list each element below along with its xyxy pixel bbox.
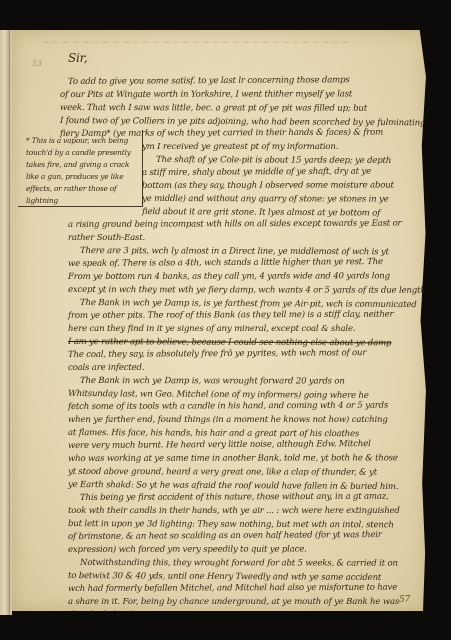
- margin-note-line: touch'd by a candle presently: [26, 148, 131, 157]
- manuscript-line: rather South-East.: [68, 234, 145, 243]
- manuscript-line: to betwixt 30 & 40 yds, until one Henry …: [68, 572, 381, 583]
- manuscript-line: Whitsunday last, wn Geo. Mitchel (one of…: [68, 390, 369, 400]
- manuscript-line: ye middle) and without any quarry of sto…: [142, 195, 389, 204]
- manuscript-line: yt stood above ground, heard a very grea…: [68, 468, 377, 477]
- manuscript-line: To add to give you some satisf. to ye la…: [68, 76, 350, 86]
- manuscript-line: wch had formerly befallen Mitchel, and M…: [68, 584, 397, 594]
- manuscript-line: of our Pits at Wingate worth in Yorkshir…: [60, 90, 352, 99]
- manuscript-line: From ye bottom run 4 banks, as they call…: [68, 272, 390, 281]
- folio-number: 57: [399, 595, 410, 605]
- manuscript-viewer: ~ ~ ~ ~ ~ ~ ~ ~ ~ ~ ~ ~ ~ ~ ~ ~ ~ ~ ~ ~ …: [0, 0, 451, 640]
- manuscript-line: The shaft of ye Cole-pit is about 15 yar…: [156, 156, 391, 166]
- margin-note-line: lightning: [26, 196, 58, 205]
- manuscript-line: took wth their candls in their hands, wt…: [68, 507, 400, 516]
- manuscript-line: were very much burnt. He heard very litt…: [68, 440, 371, 450]
- manuscript-line: week. That wch I saw was little, bec. a …: [60, 104, 367, 113]
- manuscript-line: Notwithstanding this, they wrought forwa…: [80, 559, 398, 568]
- manuscript-line: ym I received ye greatest pt of my infor…: [142, 143, 338, 152]
- manuscript-line: expression) wch forced ym very speedily …: [68, 546, 307, 555]
- manuscript-line: at flames. His face, his hands, his hair…: [68, 429, 359, 439]
- manuscript-line: field about it are grit stone. It lyes a…: [142, 208, 380, 218]
- manuscript-line: The Bank in wch ye Damp is, was wrought …: [80, 377, 345, 386]
- manuscript-line: ye Earth shakd: So yt he was afraid the …: [68, 481, 398, 492]
- manuscript-line: but lett in upon ye 3d lighting: They sa…: [68, 520, 394, 530]
- book-binding-strip: [0, 30, 12, 615]
- manuscript-line: I found two of ye Colliers in ye pits ad…: [60, 117, 425, 128]
- manuscript-line: There are 3 pits, wch ly almost in a Dir…: [80, 247, 389, 257]
- manuscript-line: from ye other pits. The roof of this Ban…: [68, 311, 393, 321]
- manuscript-page: ~ ~ ~ ~ ~ ~ ~ ~ ~ ~ ~ ~ ~ ~ ~ ~ ~ ~ ~ ~ …: [12, 30, 428, 611]
- manuscript-line: we speak of. There is also a 4th, wch st…: [68, 258, 383, 269]
- margin-note-line: like a gun, produces ye like: [26, 172, 123, 181]
- letter-salutation: Sir,: [68, 51, 88, 65]
- manuscript-line: shot forth for about 2 or 3 yards & had …: [68, 611, 384, 621]
- manuscript-line: coals are infected.: [68, 364, 144, 373]
- struck-through-line: I am ye rather apt to believe, because I…: [68, 338, 391, 348]
- margin-footnote-box: * This is a vapour, wch being touch'd by…: [18, 130, 143, 207]
- binding-crease: [9, 30, 10, 615]
- manuscript-line: fetch some of its tools wth a candle in …: [68, 402, 388, 412]
- manuscript-line: This being ye first accident of this nat…: [80, 493, 389, 503]
- manuscript-line: when ye farther end, found things (in a …: [68, 416, 388, 425]
- manuscript-line: here can they find in it ye signes of an…: [68, 325, 355, 334]
- manuscript-line: fiery Damp* (ye marks of wch they yet ca…: [60, 129, 383, 139]
- manuscript-line: except yt in wch they met wth ye fiery d…: [68, 286, 428, 295]
- manuscript-line: of brimstone, & an heat so scalding as a…: [68, 531, 382, 542]
- manuscript-line: who was working at ye same time in anoth…: [68, 454, 398, 463]
- margin-note-line: effects, or rather those of: [26, 184, 117, 193]
- corner-page-mark: 53: [32, 59, 42, 68]
- manuscript-line: a rising ground being incompast wth hill…: [68, 220, 402, 230]
- manuscript-line: a share in it. For, being by chance unde…: [68, 598, 399, 607]
- margin-note-line: takes fire, and giving a crack: [26, 160, 129, 169]
- manuscript-line: bottom (as they say, though I observed s…: [142, 181, 394, 190]
- manuscript-line: The Bank in wch ye Damp is, is ye farthe…: [80, 299, 417, 310]
- ink-bleed-through: ~ ~ ~ ~ ~ ~ ~ ~ ~ ~ ~ ~ ~ ~ ~ ~ ~ ~ ~ ~ …: [42, 38, 412, 52]
- manuscript-line: a stiff mire, shaly about ye middle of y…: [142, 168, 371, 178]
- manuscript-line: agst ye farther side.: [68, 623, 152, 632]
- manuscript-line: The coal, they say, is absolutely free f…: [68, 349, 366, 359]
